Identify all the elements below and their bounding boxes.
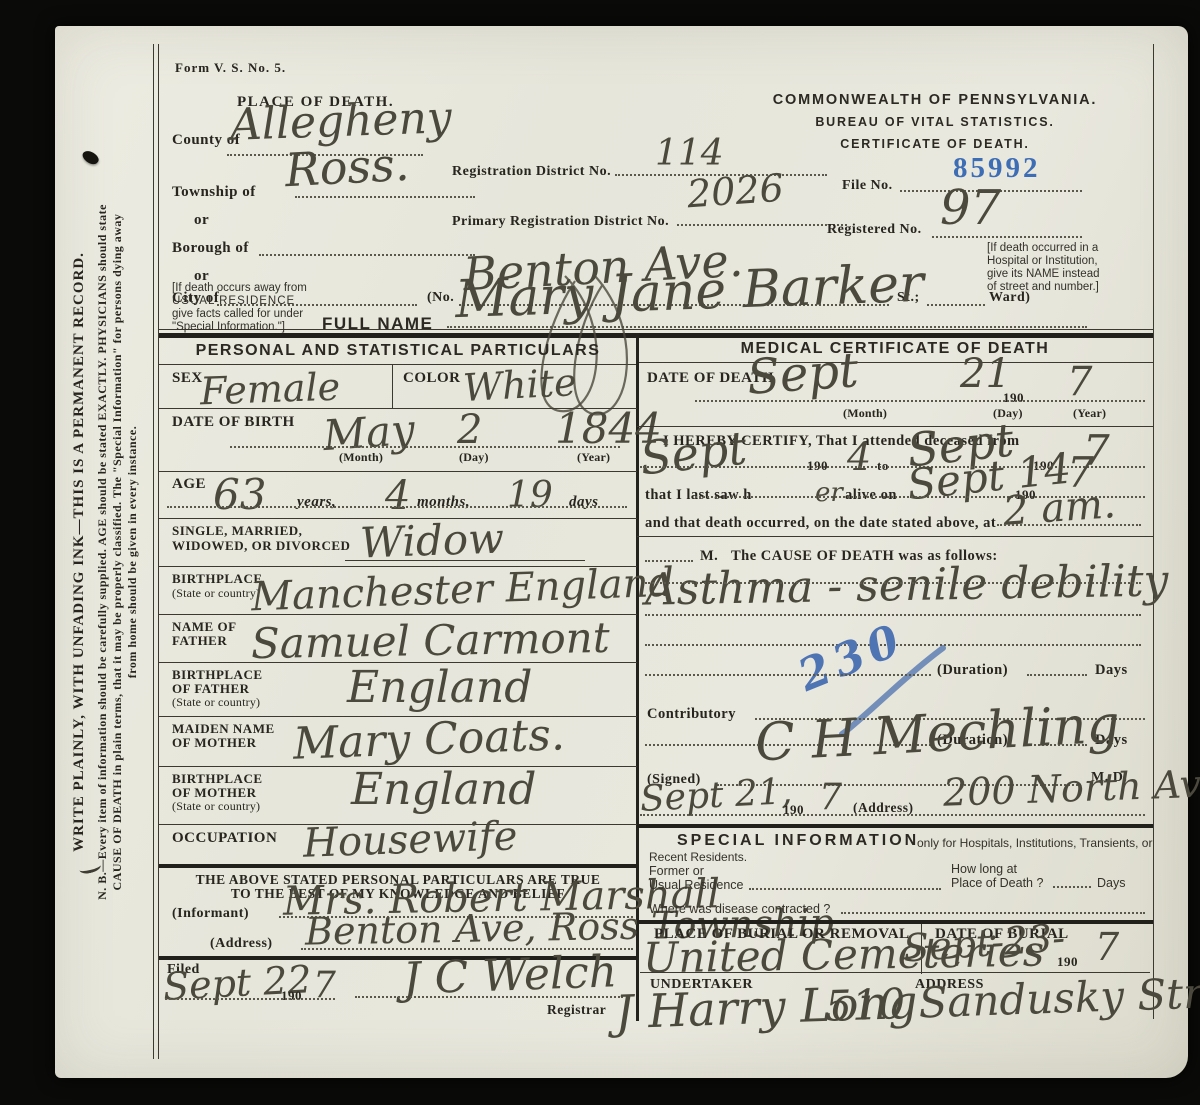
registrar-signature: J C Welch — [402, 950, 617, 1001]
township-label: Township of — [172, 184, 256, 201]
attended-from-value: Sept — [638, 425, 749, 482]
birthplace-sub-label: (State or country) — [172, 586, 260, 601]
dob-month-label: (Month) — [339, 450, 383, 465]
primary-registration-value: 2026 — [686, 169, 785, 214]
form-number: Form V. S. No. 5. — [175, 60, 286, 76]
dod-month-value: Sept — [745, 346, 859, 402]
age-years-value: 63 — [213, 474, 266, 516]
age-months-label: months, — [417, 494, 470, 511]
hospital-note-line4: of street and number.] — [987, 281, 1152, 294]
age-label: AGE — [172, 476, 206, 493]
usual-residence-line — [749, 888, 941, 890]
dod-year-digit: 7 — [1067, 362, 1092, 402]
certificate-paper: WRITE PLAINLY, WITH UNFADING INK—THIS IS… — [55, 26, 1188, 1078]
rule-top-double-b — [159, 333, 1153, 338]
duration1-label: (Duration) — [937, 662, 1008, 679]
special-info-rest: only for Hospitals, Institutions, Transi… — [917, 836, 1152, 850]
filed-line — [165, 998, 335, 1000]
street-no-label: (No. — [427, 290, 454, 306]
margin-note: WRITE PLAINLY, WITH UNFADING INK—THIS IS… — [55, 26, 155, 1078]
former-label: Former or — [649, 864, 704, 878]
days3-label: Days — [1097, 876, 1125, 890]
commonwealth-heading: COMMONWEALTH OF PENNSYLVANIA. — [755, 92, 1115, 108]
primary-registration-label: Primary Registration District No. — [452, 214, 669, 230]
signed-date-line — [640, 814, 1145, 816]
registration-district-label: Registration District No. — [452, 164, 611, 180]
how-long-label: How long at — [951, 862, 1017, 876]
death-occurred-text: and that death occurred, on the date sta… — [645, 515, 996, 532]
certificate-heading: CERTIFICATE OF DEATH. — [755, 137, 1115, 151]
scanned-death-certificate: WRITE PLAINLY, WITH UNFADING INK—THIS IS… — [0, 0, 1200, 1105]
full-name-line — [447, 326, 1087, 328]
informant-label: (Informant) — [172, 906, 249, 922]
from-year-digit: 4 — [847, 438, 871, 476]
hospital-note-line2: Hospital or Institution, — [987, 255, 1152, 268]
dod-year-printed: 190 — [1003, 390, 1024, 406]
dob-year-label: (Year) — [577, 450, 610, 465]
sex-value: Female — [199, 368, 340, 411]
father-value: Samuel Carmont — [251, 617, 610, 665]
registered-no-line — [932, 236, 1082, 238]
duration1-line-b — [1027, 674, 1087, 676]
physician-signature: C H Mechling — [754, 698, 1121, 769]
rule-strip-inner — [158, 44, 159, 1059]
dod-month-label: (Month) — [843, 406, 887, 421]
birthplace-value: Manchester England — [250, 563, 674, 618]
dob-label: DATE OF BIRTH — [172, 414, 295, 431]
burial-year-digit: 7 — [1095, 928, 1119, 966]
marital-label-1: SINGLE, MARRIED, — [172, 523, 302, 539]
registrar-line — [355, 996, 623, 998]
father-label-2: FATHER — [172, 633, 227, 649]
residence-note-line3: give facts called for under — [172, 308, 322, 321]
color-value: White — [462, 363, 577, 407]
mother-label-2: OF MOTHER — [172, 735, 257, 751]
registered-no-label: Registered No. — [827, 222, 922, 238]
age-days-value: 19 — [507, 478, 553, 514]
bar-above-burial — [637, 920, 1153, 924]
dob-day-label: (Day) — [459, 450, 489, 465]
last-saw-er: er — [815, 480, 843, 506]
borough-line — [259, 254, 475, 256]
hospital-note-line3: give its NAME instead — [987, 268, 1152, 281]
dod-line — [695, 400, 1145, 402]
primary-registration-line — [677, 224, 847, 226]
contributory-label: Contributory — [647, 706, 736, 723]
special-info-title: SPECIAL INFORMATION — [677, 832, 919, 850]
age-years-label: years, — [297, 494, 336, 511]
birthplace-label: BIRTHPLACE — [172, 571, 263, 587]
occupation-label: OCCUPATION — [172, 830, 277, 847]
margin-note-line1: WRITE PLAINLY, WITH UNFADING INK—THIS IS… — [71, 252, 88, 852]
marital-value: Widow — [359, 518, 504, 565]
cause-prefix-line — [645, 560, 693, 562]
residence-note-line4: "Special Information."] — [172, 321, 322, 334]
residence-note-line2: USUAL RESIDENCE — [172, 295, 322, 308]
bar-above-attestation — [159, 864, 637, 868]
registrar-label: Registrar — [547, 1002, 606, 1018]
burial-date-value: Sept-23- — [902, 918, 1066, 967]
margin-note-line3: CAUSE OF DEATH in plain terms, that it m… — [110, 214, 125, 891]
duration1-days-label: Days — [1095, 662, 1128, 679]
personal-title: PERSONAL AND STATISTICAL PARTICULARS — [159, 342, 637, 360]
ward-line — [927, 304, 985, 306]
full-name-value: Mary Jane Barker — [454, 258, 924, 326]
place-of-death-q-line — [1053, 886, 1091, 888]
dod-day-value: 21 — [960, 354, 1011, 394]
hospital-note-line1: [If death occurred in a — [987, 242, 1152, 255]
signed-date-value: Sept 21, — [639, 774, 793, 818]
burial-year-printed: 190 — [1057, 954, 1078, 970]
residence-note-line1: [If death occurs away from — [172, 282, 322, 295]
cause-value: Asthma - senile debility — [645, 559, 1169, 612]
dob-line — [230, 446, 620, 448]
occupation-value: Housewife — [302, 816, 518, 863]
full-name-label: FULL NAME — [322, 314, 433, 334]
bar-above-special — [637, 824, 1153, 828]
duration1-line-a — [645, 674, 931, 676]
sex-color-divider — [392, 364, 393, 408]
cause-line-1 — [645, 582, 1141, 584]
registration-district-value: 114 — [655, 136, 724, 172]
color-label: COLOR — [403, 370, 461, 387]
sex-label: SEX — [172, 370, 203, 387]
bureau-heading: BUREAU OF VITAL STATISTICS. — [755, 115, 1115, 129]
registered-no-value: 97 — [940, 184, 1001, 232]
blue-pencil-number: 230 — [793, 617, 911, 699]
father-birthplace-sub-label: (State or country) — [172, 695, 260, 710]
hospital-note: [If death occurred in a Hospital or Inst… — [987, 242, 1152, 294]
township-value: Ross. — [284, 141, 410, 193]
disease-question-line — [841, 912, 1145, 914]
margin-note-line2: N. B.—Every item of information should b… — [95, 204, 110, 900]
or1-label: or — [194, 212, 209, 229]
disease-question: Where was disease contracted ? — [649, 902, 830, 916]
age-days-label: days — [569, 494, 599, 511]
dob-day-value: 2 — [457, 410, 482, 450]
filed-year-printed: 190 — [281, 988, 302, 1004]
mother-value: Mary Coats. — [292, 713, 565, 766]
mother-birthplace-sub-label: (State or country) — [172, 799, 260, 814]
death-time-line — [997, 524, 1141, 526]
residence-note: [If death occurs away from USUAL RESIDEN… — [172, 282, 322, 334]
file-number-label: File No. — [842, 178, 893, 194]
rule-right-border — [1153, 44, 1154, 1019]
margin-note-line4: from home should be given in every insta… — [125, 426, 140, 678]
undertaker-address-value: 510 Sandusky Street — [824, 970, 1200, 1027]
place-of-death-q-label: Place of Death ? — [951, 876, 1043, 890]
informant-address-label: (Address) — [210, 936, 273, 952]
signed-address-value: 200 North Ave E. — [942, 762, 1200, 812]
rule-strip-outer — [153, 44, 154, 1059]
dod-year-label: (Year) — [1073, 406, 1106, 421]
marital-baseline — [345, 560, 585, 561]
mother-birthplace-value: England — [351, 768, 536, 812]
marital-label-2: WIDOWED, OR DIVORCED — [172, 538, 350, 554]
medical-title: MEDICAL CERTIFICATE OF DEATH — [637, 340, 1153, 358]
father-birthplace-value: England — [347, 666, 532, 710]
usual-residence-label: Usual Residence — [649, 878, 744, 892]
row-line-certify — [637, 536, 1153, 537]
township-line — [295, 196, 475, 198]
age-line — [167, 506, 627, 508]
age-months-value: 4 — [385, 476, 410, 516]
special-info-line2: Recent Residents. — [649, 850, 747, 864]
borough-label: Borough of — [172, 240, 249, 257]
signed-year-digit: 7 — [819, 780, 842, 816]
